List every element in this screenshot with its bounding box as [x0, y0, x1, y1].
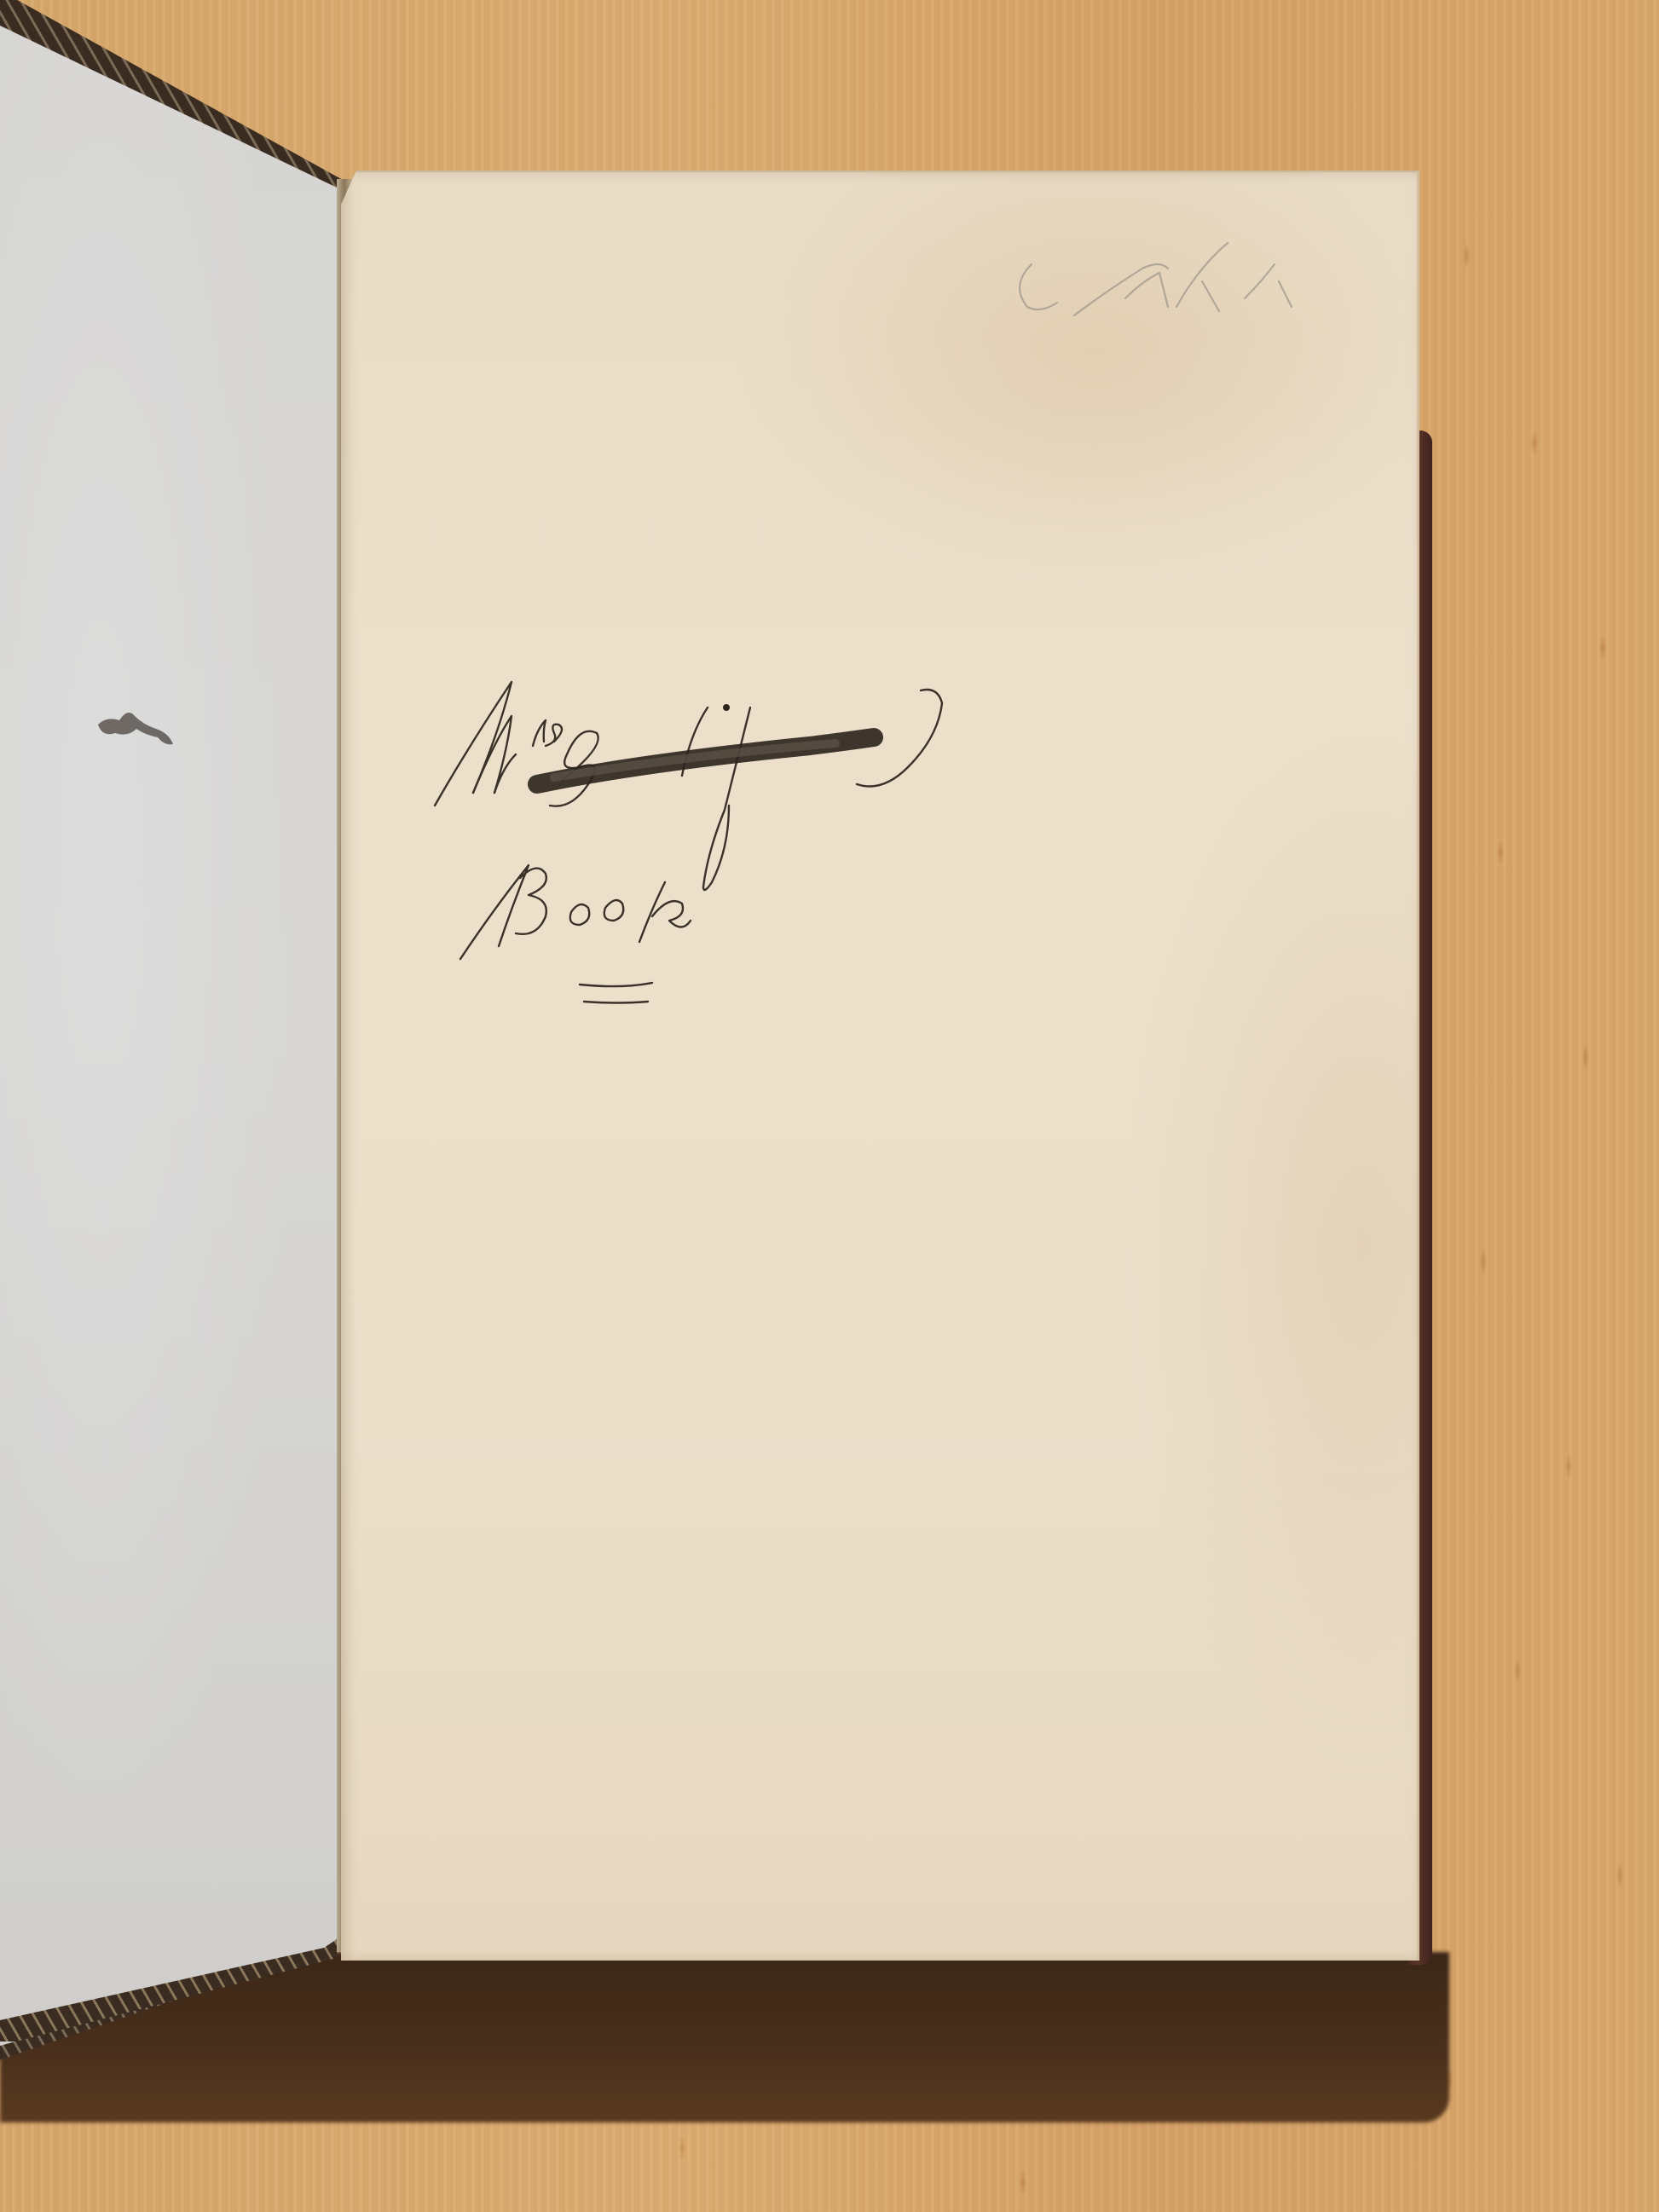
- handwritten-inscription: [426, 665, 1228, 1006]
- pencil-notation: [1006, 230, 1330, 358]
- pastedown-endpaper: [0, 26, 337, 2046]
- flyleaf-page: [341, 170, 1419, 1961]
- ink-mark-icon: [81, 686, 183, 754]
